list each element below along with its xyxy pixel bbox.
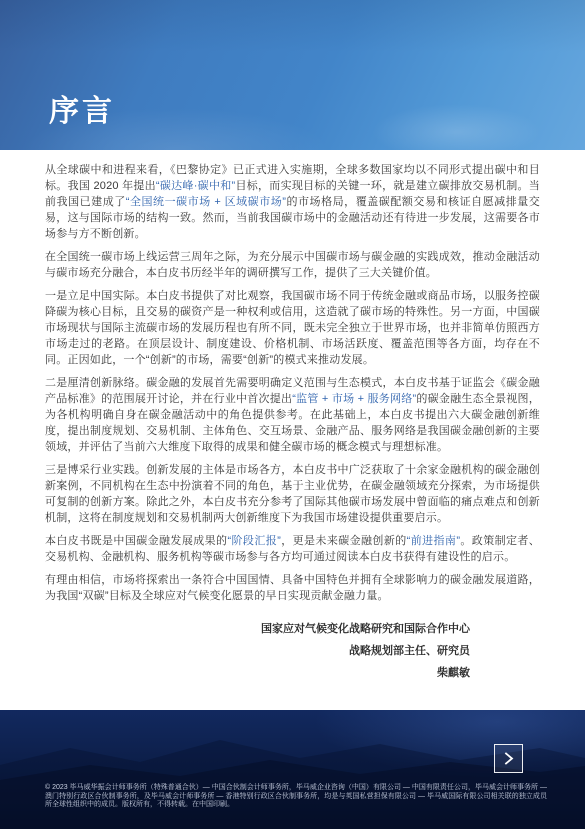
highlight-phrase: “碳达峰·碳中和”: [156, 180, 235, 192]
highlight-phrase: “阶段汇报”: [227, 535, 281, 547]
copyright-text: © 2023 毕马威华振会计师事务所（特殊普通合伙）— 中国合伙制会计师事务所，…: [45, 784, 547, 810]
preface-paragraph: 从全球碳中和进程来看，《巴黎协定》已正式进入实施期，全球多数国家均以不同形式提出…: [45, 162, 540, 242]
signature-line: 柴麒敏: [45, 662, 470, 684]
signature-line: 国家应对气候变化战略研究和国际合作中心: [45, 618, 470, 640]
page-title: 序言: [49, 86, 115, 130]
highlight-phrase: “全国统一碳市场 + 区域碳市场”: [126, 196, 286, 208]
footer-banner: © 2023 毕马威华振会计师事务所（特殊普通合伙）— 中国合伙制会计师事务所，…: [0, 710, 585, 829]
highlight-phrase: “监管 + 市场 + 服务网络”: [292, 393, 416, 405]
preface-paragraph: 二是厘清创新脉络。碳金融的发展首先需要明确定义范围与生态模式，本白皮书基于证监会…: [45, 375, 540, 455]
signature-line: 战略规划部主任、研究员: [45, 640, 470, 662]
preface-paragraph: 三是博采行业实践。创新发展的主体是市场各方，本白皮书中广泛获取了十余家金融机构的…: [45, 462, 540, 526]
highlight-phrase: “前进指南”: [407, 535, 461, 547]
preface-content: 从全球碳中和进程来看，《巴黎协定》已正式进入实施期，全球多数国家均以不同形式提出…: [0, 150, 585, 684]
preface-paragraph: 本白皮书既是中国碳金融发展成果的“阶段汇报”，更是未来碳金融创新的“前进指南”。…: [45, 533, 540, 565]
chevron-right-icon: [502, 752, 515, 765]
preface-paragraph: 一是立足中国实际。本白皮书提供了对比观察，我国碳市场不同于传统金融或商品市场，以…: [45, 288, 540, 368]
preface-page: 序言 从全球碳中和进程来看，《巴黎协定》已正式进入实施期，全球多数国家均以不同形…: [0, 0, 585, 829]
preface-paragraphs: 从全球碳中和进程来看，《巴黎协定》已正式进入实施期，全球多数国家均以不同形式提出…: [45, 162, 540, 604]
header-banner: 序言: [0, 0, 585, 150]
preface-paragraph: 有理由相信，市场将探索出一条符合中国国情、具备中国特色并拥有全球影响力的碳金融发…: [45, 572, 540, 604]
signature-block: 国家应对气候变化战略研究和国际合作中心战略规划部主任、研究员柴麒敏: [45, 618, 540, 684]
next-page-button[interactable]: [494, 744, 523, 773]
preface-paragraph: 在全国统一碳市场上线运营三周年之际，为充分展示中国碳市场与碳金融的实践成效，推动…: [45, 249, 540, 281]
